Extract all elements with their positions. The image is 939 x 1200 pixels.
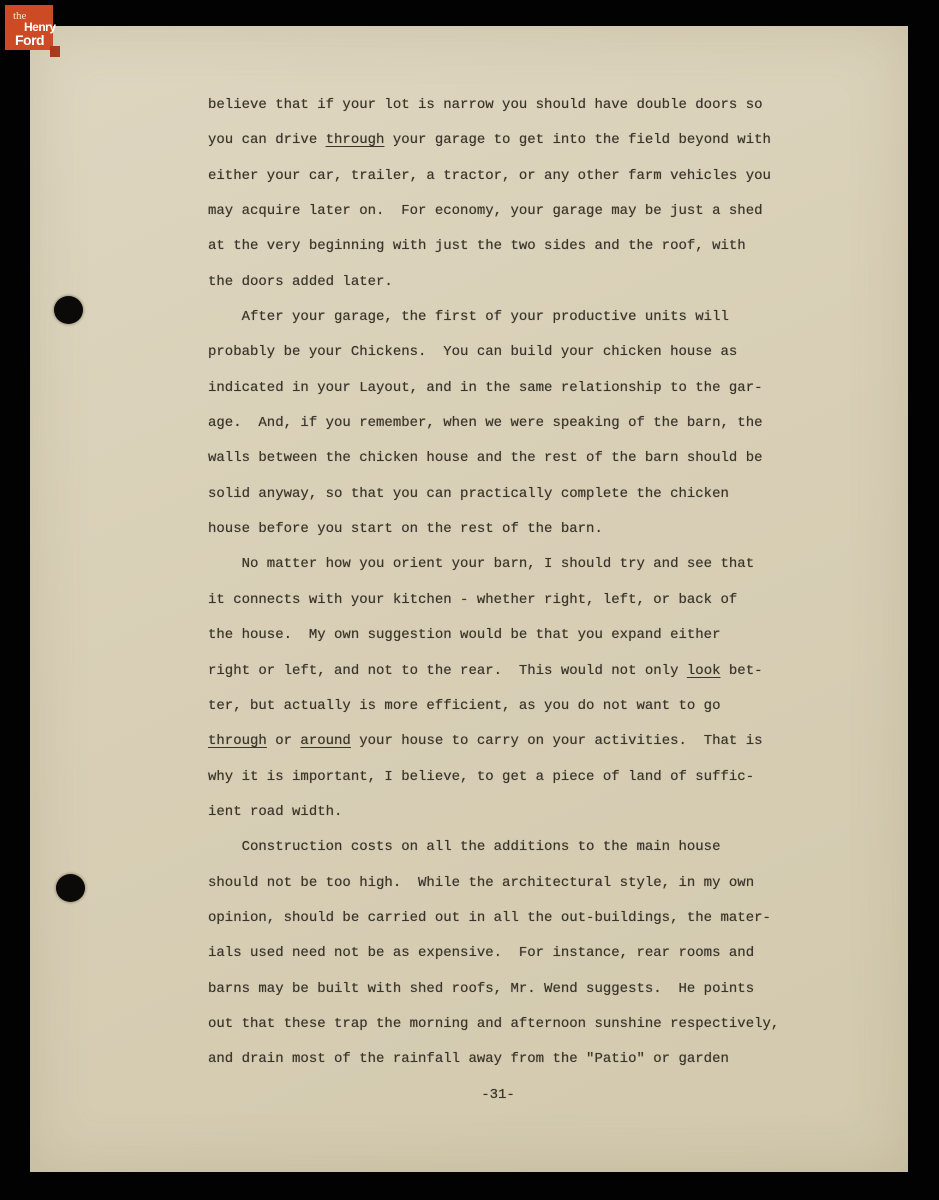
document-line: walls between the chicken house and the … <box>208 441 788 476</box>
document-line: the doors added later. <box>208 265 788 300</box>
document-line: After your garage, the first of your pro… <box>208 300 788 335</box>
document-line: at the very beginning with just the two … <box>208 229 788 264</box>
document-line: either your car, trailer, a tractor, or … <box>208 159 788 194</box>
document-line: Construction costs on all the additions … <box>208 830 788 865</box>
hole-punch-bottom <box>56 874 85 902</box>
document-line: believe that if your lot is narrow you s… <box>208 88 788 123</box>
logo-text-ford: Ford <box>15 33 44 47</box>
document-line: barns may be built with shed roofs, Mr. … <box>208 972 788 1007</box>
document-line: why it is important, I believe, to get a… <box>208 760 788 795</box>
logo-square: the Henry Ford <box>5 5 53 50</box>
document-line: probably be your Chickens. You can build… <box>208 335 788 370</box>
document-line: it connects with your kitchen - whether … <box>208 583 788 618</box>
document-line: indicated in your Layout, and in the sam… <box>208 371 788 406</box>
document-line: ter, but actually is more efficient, as … <box>208 689 788 724</box>
document-text: believe that if your lot is narrow you s… <box>208 88 788 1078</box>
document-line: solid anyway, so that you can practicall… <box>208 477 788 512</box>
document-line: right or left, and not to the rear. This… <box>208 654 788 689</box>
document-line: age. And, if you remember, when we were … <box>208 406 788 441</box>
scan-background: believe that if your lot is narrow you s… <box>0 0 939 1200</box>
document-page: believe that if your lot is narrow you s… <box>30 26 908 1172</box>
page-number: -31- <box>208 1078 788 1113</box>
document-line: out that these trap the morning and afte… <box>208 1007 788 1042</box>
document-line: ials used need not be as expensive. For … <box>208 936 788 971</box>
document-line: and drain most of the rainfall away from… <box>208 1042 788 1077</box>
henry-ford-logo: the Henry Ford <box>5 5 53 50</box>
document-line: you can drive through your garage to get… <box>208 123 788 158</box>
document-line: may acquire later on. For economy, your … <box>208 194 788 229</box>
document-line: opinion, should be carried out in all th… <box>208 901 788 936</box>
document-line: the house. My own suggestion would be th… <box>208 618 788 653</box>
document-line: ient road width. <box>208 795 788 830</box>
document-line: house before you start on the rest of th… <box>208 512 788 547</box>
hole-punch-top <box>54 296 83 324</box>
logo-corner-square <box>50 46 60 57</box>
document-line: through or around your house to carry on… <box>208 724 788 759</box>
document-line: should not be too high. While the archit… <box>208 866 788 901</box>
document-line: No matter how you orient your barn, I sh… <box>208 547 788 582</box>
